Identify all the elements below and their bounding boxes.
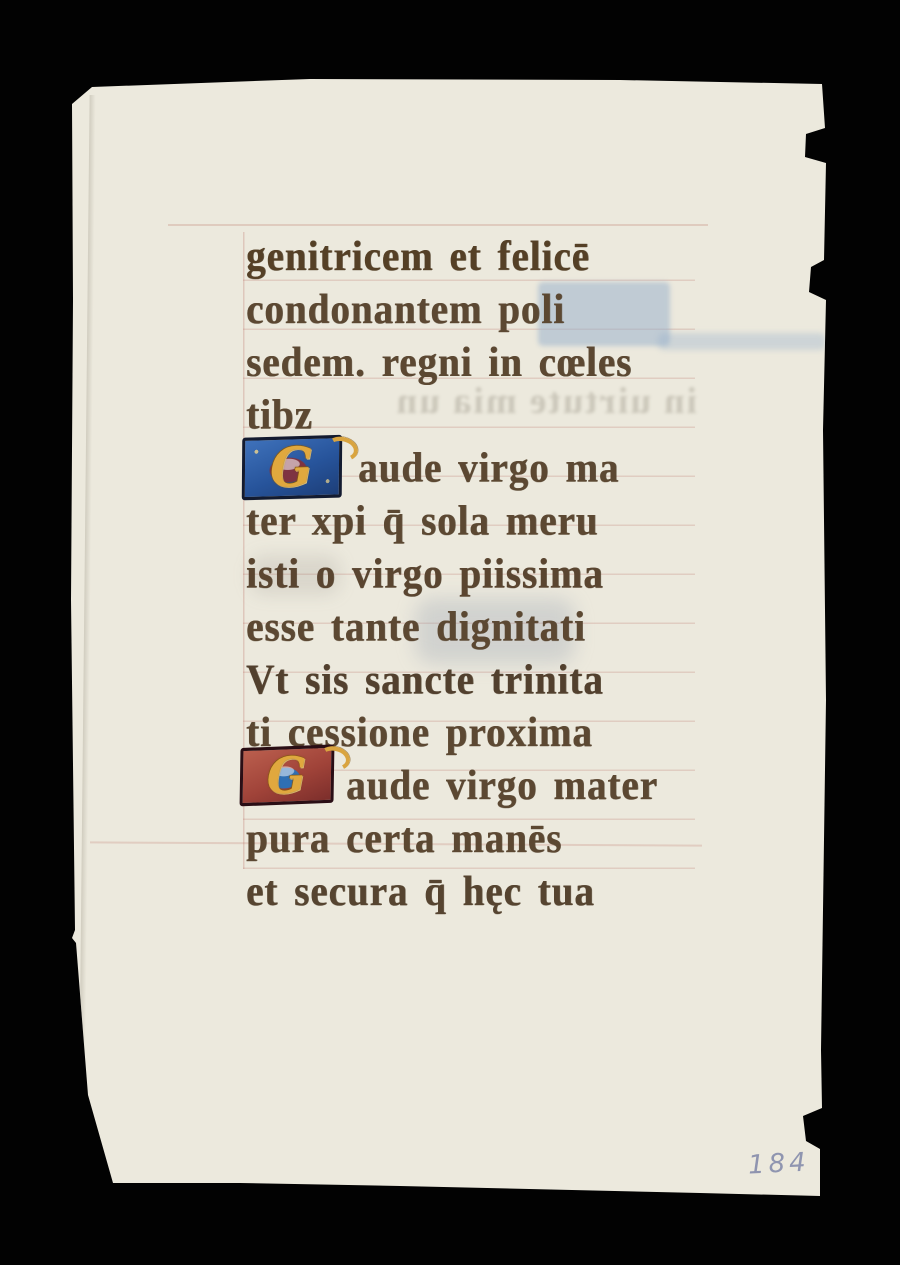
line-text: Vt sis sancte trinita xyxy=(246,653,604,706)
text-line: isti o virgo piissima xyxy=(246,548,716,601)
text-line: Vt sis sancte trinita xyxy=(246,653,716,706)
text-line: esse tante dignitati xyxy=(246,600,716,653)
text-line: sedem. regni in cœles xyxy=(246,336,716,389)
illuminated-initial-gold-on-red: G xyxy=(240,744,335,806)
text-line: ter xpi q̄ sola meru xyxy=(246,495,716,548)
line-text: isti o virgo piissima xyxy=(246,548,604,601)
line-text: et secura q̄ hęc tua xyxy=(246,865,595,918)
text-line: tibz xyxy=(246,389,716,442)
manuscript-leaf: in uirtute mia un genitricem et felicē c… xyxy=(0,0,900,1265)
line-text: condonantem poli xyxy=(246,283,565,336)
ruling-line-top xyxy=(168,224,708,226)
initial-letter: G xyxy=(266,750,307,801)
text-line: pura certa manēs xyxy=(246,812,716,865)
line-text: genitricem et felicē xyxy=(246,230,590,283)
line-text: aude virgo ma xyxy=(358,442,619,495)
text-line: genitricem et felicē xyxy=(246,230,716,283)
folio-number-pencil: 184 xyxy=(747,1147,810,1180)
text-block: genitricem et felicē condonantem poli se… xyxy=(246,230,716,918)
vellum-edge-shading xyxy=(78,95,95,1170)
line-text: sedem. regni in cœles xyxy=(246,336,632,389)
line-text: tibz xyxy=(246,389,313,442)
text-line: et secura q̄ hęc tua xyxy=(246,865,716,918)
initial-letter: G xyxy=(270,440,314,495)
text-line: condonantem poli xyxy=(246,283,716,336)
line-text: esse tante dignitati xyxy=(246,600,586,653)
illuminated-initial-gold-on-blue: G xyxy=(242,435,342,501)
line-text: pura certa manēs xyxy=(246,812,562,865)
line-text: ter xpi q̄ sola meru xyxy=(246,495,598,548)
text-line: G aude virgo ma xyxy=(246,442,716,495)
line-text: aude virgo mater xyxy=(346,759,658,812)
text-line: G aude virgo mater xyxy=(246,759,716,812)
